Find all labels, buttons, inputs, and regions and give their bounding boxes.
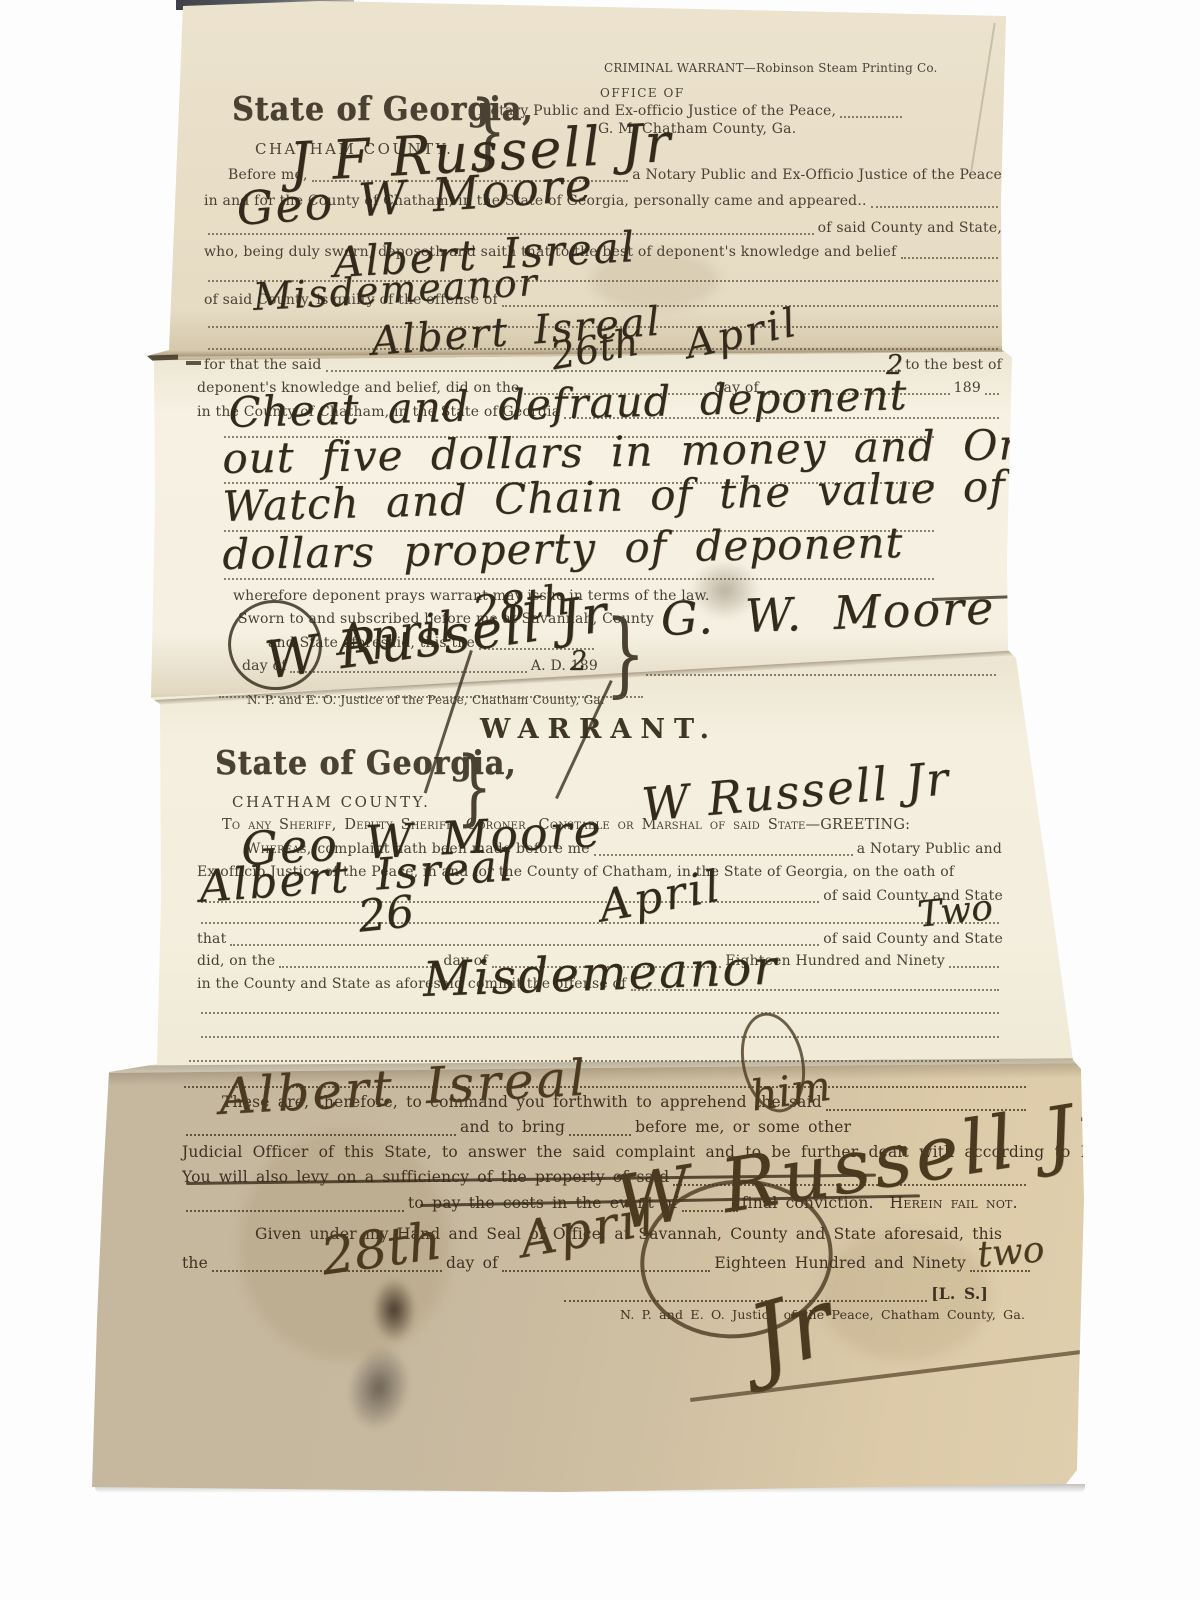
dotted-rule: [197, 1000, 1003, 1015]
np-title-line: N. P. and E. O. Justice of the Peace, Ch…: [247, 694, 605, 708]
dotted-leader: [901, 245, 998, 259]
to-best-of-label: to the best of: [905, 357, 1002, 373]
dotted-rule: [642, 662, 1000, 677]
warrant-did-on-label: did, on the: [197, 953, 275, 969]
that-line: thatof said County and State: [197, 931, 1003, 947]
the-day-line: theday ofEighteen Hundred and Ninety: [182, 1255, 1034, 1273]
notary-suffix-label: a Notary Public and: [857, 841, 1002, 857]
that-label: that: [197, 931, 226, 947]
dotted-leader: [871, 194, 998, 208]
folded-warrant-paper: CRIMINAL WARRANT—Robinson Steam Printing…: [0, 0, 1200, 1600]
dotted-leader: [186, 1198, 404, 1212]
warrant-county-heading: CHATHAM COUNTY.: [232, 793, 430, 811]
dotted-leader: [189, 1048, 999, 1062]
complainant-signature: G. W. Moore: [660, 584, 996, 642]
sworn-year-digit: 2: [570, 648, 587, 675]
him-entry: him: [748, 1065, 833, 1118]
printer-imprint-text: CRIMINAL WARRANT—Robinson Steam Printing…: [604, 62, 938, 76]
fold-edge-mark: [186, 361, 201, 365]
dotted-leader: [949, 954, 999, 968]
year-word-entry: Two: [916, 890, 995, 934]
dotted-leader: [279, 954, 439, 968]
ls-seal-label: [L. S.]: [931, 1285, 988, 1303]
ink-blot: [372, 1278, 416, 1342]
warrant-title: WARRANT.: [480, 714, 718, 745]
dotted-rule: [197, 1024, 1003, 1039]
dotted-leader: [201, 1000, 999, 1014]
dotted-leader: [646, 662, 996, 676]
photo-of-warrant-document: CRIMINAL WARRANT—Robinson Steam Printing…: [0, 0, 1200, 1600]
year-prefix-label: 189: [954, 380, 981, 396]
issued-day-entry: 28th: [318, 1215, 445, 1283]
office-of-label: OFFICE OF: [600, 87, 685, 101]
and-to-bring-label: and to bring: [460, 1119, 565, 1137]
issue-day-of-label: day of: [446, 1255, 498, 1273]
dotted-leader: [594, 842, 853, 856]
printer-imprint: CRIMINAL WARRANT—Robinson Steam Printing…: [604, 62, 938, 76]
that-of-said-label: of said County and State: [823, 931, 1003, 947]
for-that-said-label: for that the said: [204, 357, 322, 373]
offense-entry-2: Misdemeanor: [422, 944, 779, 1004]
dotted-leader: [569, 1122, 631, 1136]
issued-year-word: two: [976, 1232, 1046, 1274]
ad-year-label: A. D. 189: [531, 658, 598, 674]
dotted-leader: [840, 104, 902, 118]
offense-body-line-4: dollars property of deponent: [222, 522, 904, 576]
dotted-leader: [201, 1024, 999, 1038]
day-entry-2: 26: [356, 890, 416, 940]
of-said-county-label: of said County and State,: [818, 220, 1002, 236]
the-label: the: [182, 1255, 208, 1273]
dotted-rule: [185, 1048, 1003, 1063]
office-of-line: OFFICE OF: [600, 87, 685, 101]
notary-title-label: a Notary Public and Ex-Officio Justice o…: [632, 167, 1002, 183]
dotted-leader: [985, 381, 999, 395]
np-title-label: N. P. and E. O. Justice of the Peace, Ch…: [247, 694, 605, 708]
